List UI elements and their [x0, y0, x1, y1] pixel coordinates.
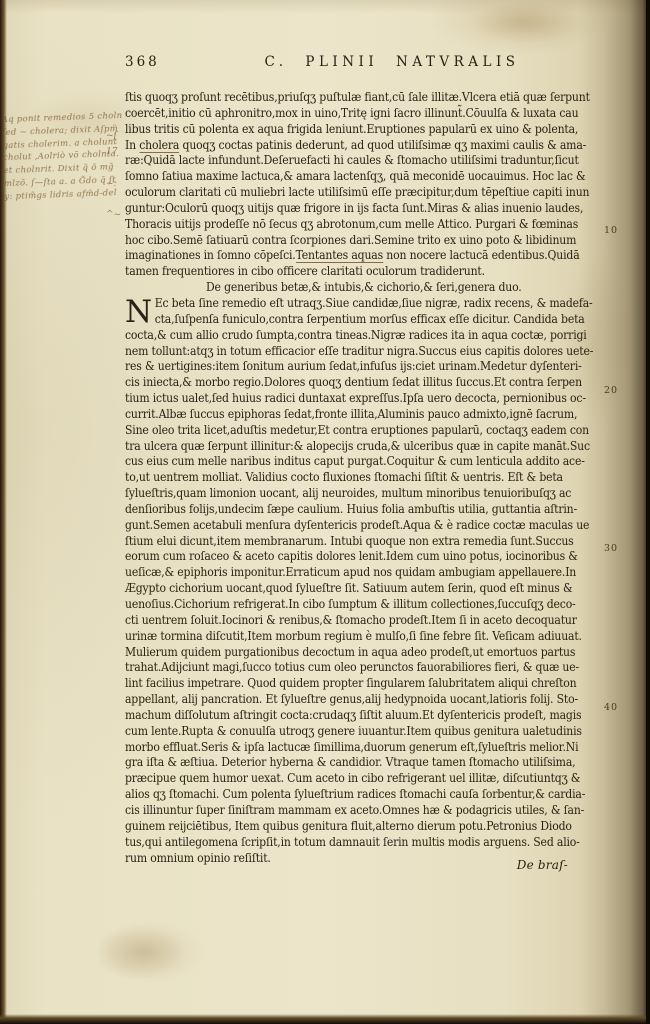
margin-line-number: 40: [604, 702, 618, 713]
margin-line-number: 10: [604, 225, 618, 236]
text-line: morbo effluat.Seris & ipſa lactucæ ſimil…: [125, 740, 625, 756]
text-line: tus,qui antilegomena ſcripſit,in totum d…: [125, 835, 625, 851]
text-line: hoc cibo.Semē ſatiuarū contra ſcorpiones…: [125, 233, 625, 249]
text-line: guinem reijciētibus, Item quibus genitur…: [125, 819, 625, 835]
marginalia-mark: ~ſ: [106, 131, 124, 141]
text-line: cocta,& cum allio crudo ſumpta,contra ti…: [125, 328, 625, 344]
text-line: cti uentrem ſoluit.Iocinori & renibus,& …: [125, 613, 625, 629]
text-line: ſtium elui dicunt,item membranarum. Intu…: [125, 534, 625, 550]
paragraph-chapter: N Ec beta ſine remedio eſt utraqʒ.Siue c…: [125, 296, 625, 866]
text-line: Mulierum quidem purgationibus decoctum i…: [125, 645, 625, 661]
text-line: appellant, alij pancration. Et ſylueſtre…: [125, 692, 625, 708]
paper-stain: [470, 2, 580, 44]
text-line: tamen frequentiores in cibo officere cla…: [125, 264, 625, 280]
text-segment: imaginationes in ſomno cōpeſci.: [125, 248, 296, 262]
text-line: gra iſta & æſtiua. Deterior hyberna & ca…: [125, 755, 625, 771]
text-line: machum diſſolutum aſtringit cocta:crudaq…: [125, 708, 625, 724]
paper-stain: [95, 925, 185, 980]
text-line: res & uertigines:item ſonitum aurium ſed…: [125, 359, 625, 375]
text-line: Ægypto cichorium uocant,quod ſylueſtre ſ…: [125, 581, 625, 597]
text-line: Ec beta ſine remedio eſt utraqʒ.Siue can…: [125, 296, 650, 312]
text-segment: In: [125, 138, 139, 152]
text-line: ræ:Quidā lacte infundunt.Deſeruefacti hi…: [125, 153, 625, 169]
text-line: eorum cum roſaceo & aceto capitis dolore…: [125, 549, 625, 565]
page-number: 368: [125, 54, 217, 70]
text-line: cis iniecta,& morbo regio.Dolores quoqʒ …: [125, 375, 625, 391]
text-line: cta,ſuſpenſa funiculo,contra ſerpentium …: [125, 312, 650, 328]
text-line: to,ut uentrem molliat. Validius cocto fl…: [125, 470, 625, 486]
text-line: præcipue quem humor uexat. Cum aceto in …: [125, 771, 625, 787]
marginalia-mark: ^~: [106, 210, 124, 220]
text-line: gunt.Semen acetabuli menſura dyſenterici…: [125, 518, 625, 534]
text-line: cis illinuntur ſuper ſiniſtram mammam ex…: [125, 803, 625, 819]
handwritten-underline: Tentantes aquas: [296, 248, 383, 263]
text-line: ueſicæ,& epiphoris imponitur.Erraticum a…: [125, 565, 625, 581]
text-line: ſomno ſatiua maxime lactuca,& amara lact…: [125, 169, 625, 185]
text-line: ſtis quoqʒ proſunt recētibus,priuſqʒ puſ…: [125, 90, 625, 106]
running-title: C. PLINII NATVRALIS: [217, 54, 567, 70]
text-line: ſylueſtris,quam limonion uocant, alij ne…: [125, 486, 625, 502]
handwritten-underline: cholera: [139, 138, 179, 153]
page-edge-right: [646, 0, 650, 1024]
text-segment: non nocere lactucā edentibus.Quidā: [383, 248, 580, 262]
text-line: urinæ tormina diſcutit,Item morbum regiu…: [125, 629, 625, 645]
text-line: alios qʒ ſtomachi. Cum polenta ſylueſtri…: [125, 787, 625, 803]
text-line: currit.Albæ ſuccus epiphoras ſedat,front…: [125, 407, 625, 423]
text-block: ſtis quoqʒ proſunt recētibus,priuſqʒ puſ…: [125, 90, 625, 866]
text-line: denſioribus folijs,undecim ſæpe caulium.…: [125, 502, 625, 518]
text-line: tra ulcera quæ ſerpunt illinitur:& alope…: [125, 439, 625, 455]
marginalia-mark: ~:: [106, 179, 124, 189]
text-segment: quoqʒ coctas patinis dederunt, ad quod u…: [179, 138, 586, 152]
page-header: 368 C. PLINII NATVRALIS: [125, 54, 607, 70]
margin-line-number: 20: [604, 385, 618, 396]
text-line: coercēt,initio cū aphronitro,mox in uino…: [125, 106, 625, 122]
text-line: In cholera quoqʒ coctas patinis dederunt…: [125, 138, 625, 154]
text-line: trahat.Adijciunt magi,ſucco totius cum o…: [125, 660, 625, 676]
catchword: De braſ-: [517, 858, 568, 872]
text-line: guntur:Oculorū quoqʒ uitijs quæ frigore …: [125, 201, 625, 217]
marginalia-mark: 17: [106, 147, 124, 157]
text-line: cus eius cum melle naribus inditus caput…: [125, 454, 625, 470]
text-line: lint facilius impetrare. Quod quidem pro…: [125, 676, 625, 692]
text-line: uenoſius.Cichorium refrigerat.In cibo ſu…: [125, 597, 625, 613]
text-line: tium ictus ualet,ſed huius radici duntax…: [125, 391, 625, 407]
paragraph-opening: ſtis quoqʒ proſunt recētibus,priuſqʒ puſ…: [125, 90, 625, 280]
margin-line-number: 30: [604, 543, 618, 554]
page-edge-bottom: [0, 1014, 650, 1024]
text-line: imaginationes in ſomno cōpeſci.Tentantes…: [125, 248, 625, 264]
chapter-heading-row: De generibus betæ,& intubis,& cichorio,&…: [125, 280, 650, 296]
text-line: Thoracis uitijs prodeſſe nō ſecus qʒ abr…: [125, 217, 625, 233]
chapter-heading: De generibus betæ,& intubis,& cichorio,&…: [206, 280, 522, 296]
text-line: oculorum claritati cū muliebri lacte uti…: [125, 185, 625, 201]
text-line: Sine oleo trita licet,aduſtis medetur,Et…: [125, 423, 625, 439]
text-line: nem tollunt:atqʒ in totum efficacior eſſ…: [125, 344, 625, 360]
text-line: cum lente.Rupta & conuulſa utroqʒ genere…: [125, 724, 625, 740]
book-page: Aq ponit remedios 5 cholnſed ~ cholera; …: [0, 0, 650, 1024]
text-line: libus tritis cū polenta ex aqua frigida …: [125, 122, 625, 138]
